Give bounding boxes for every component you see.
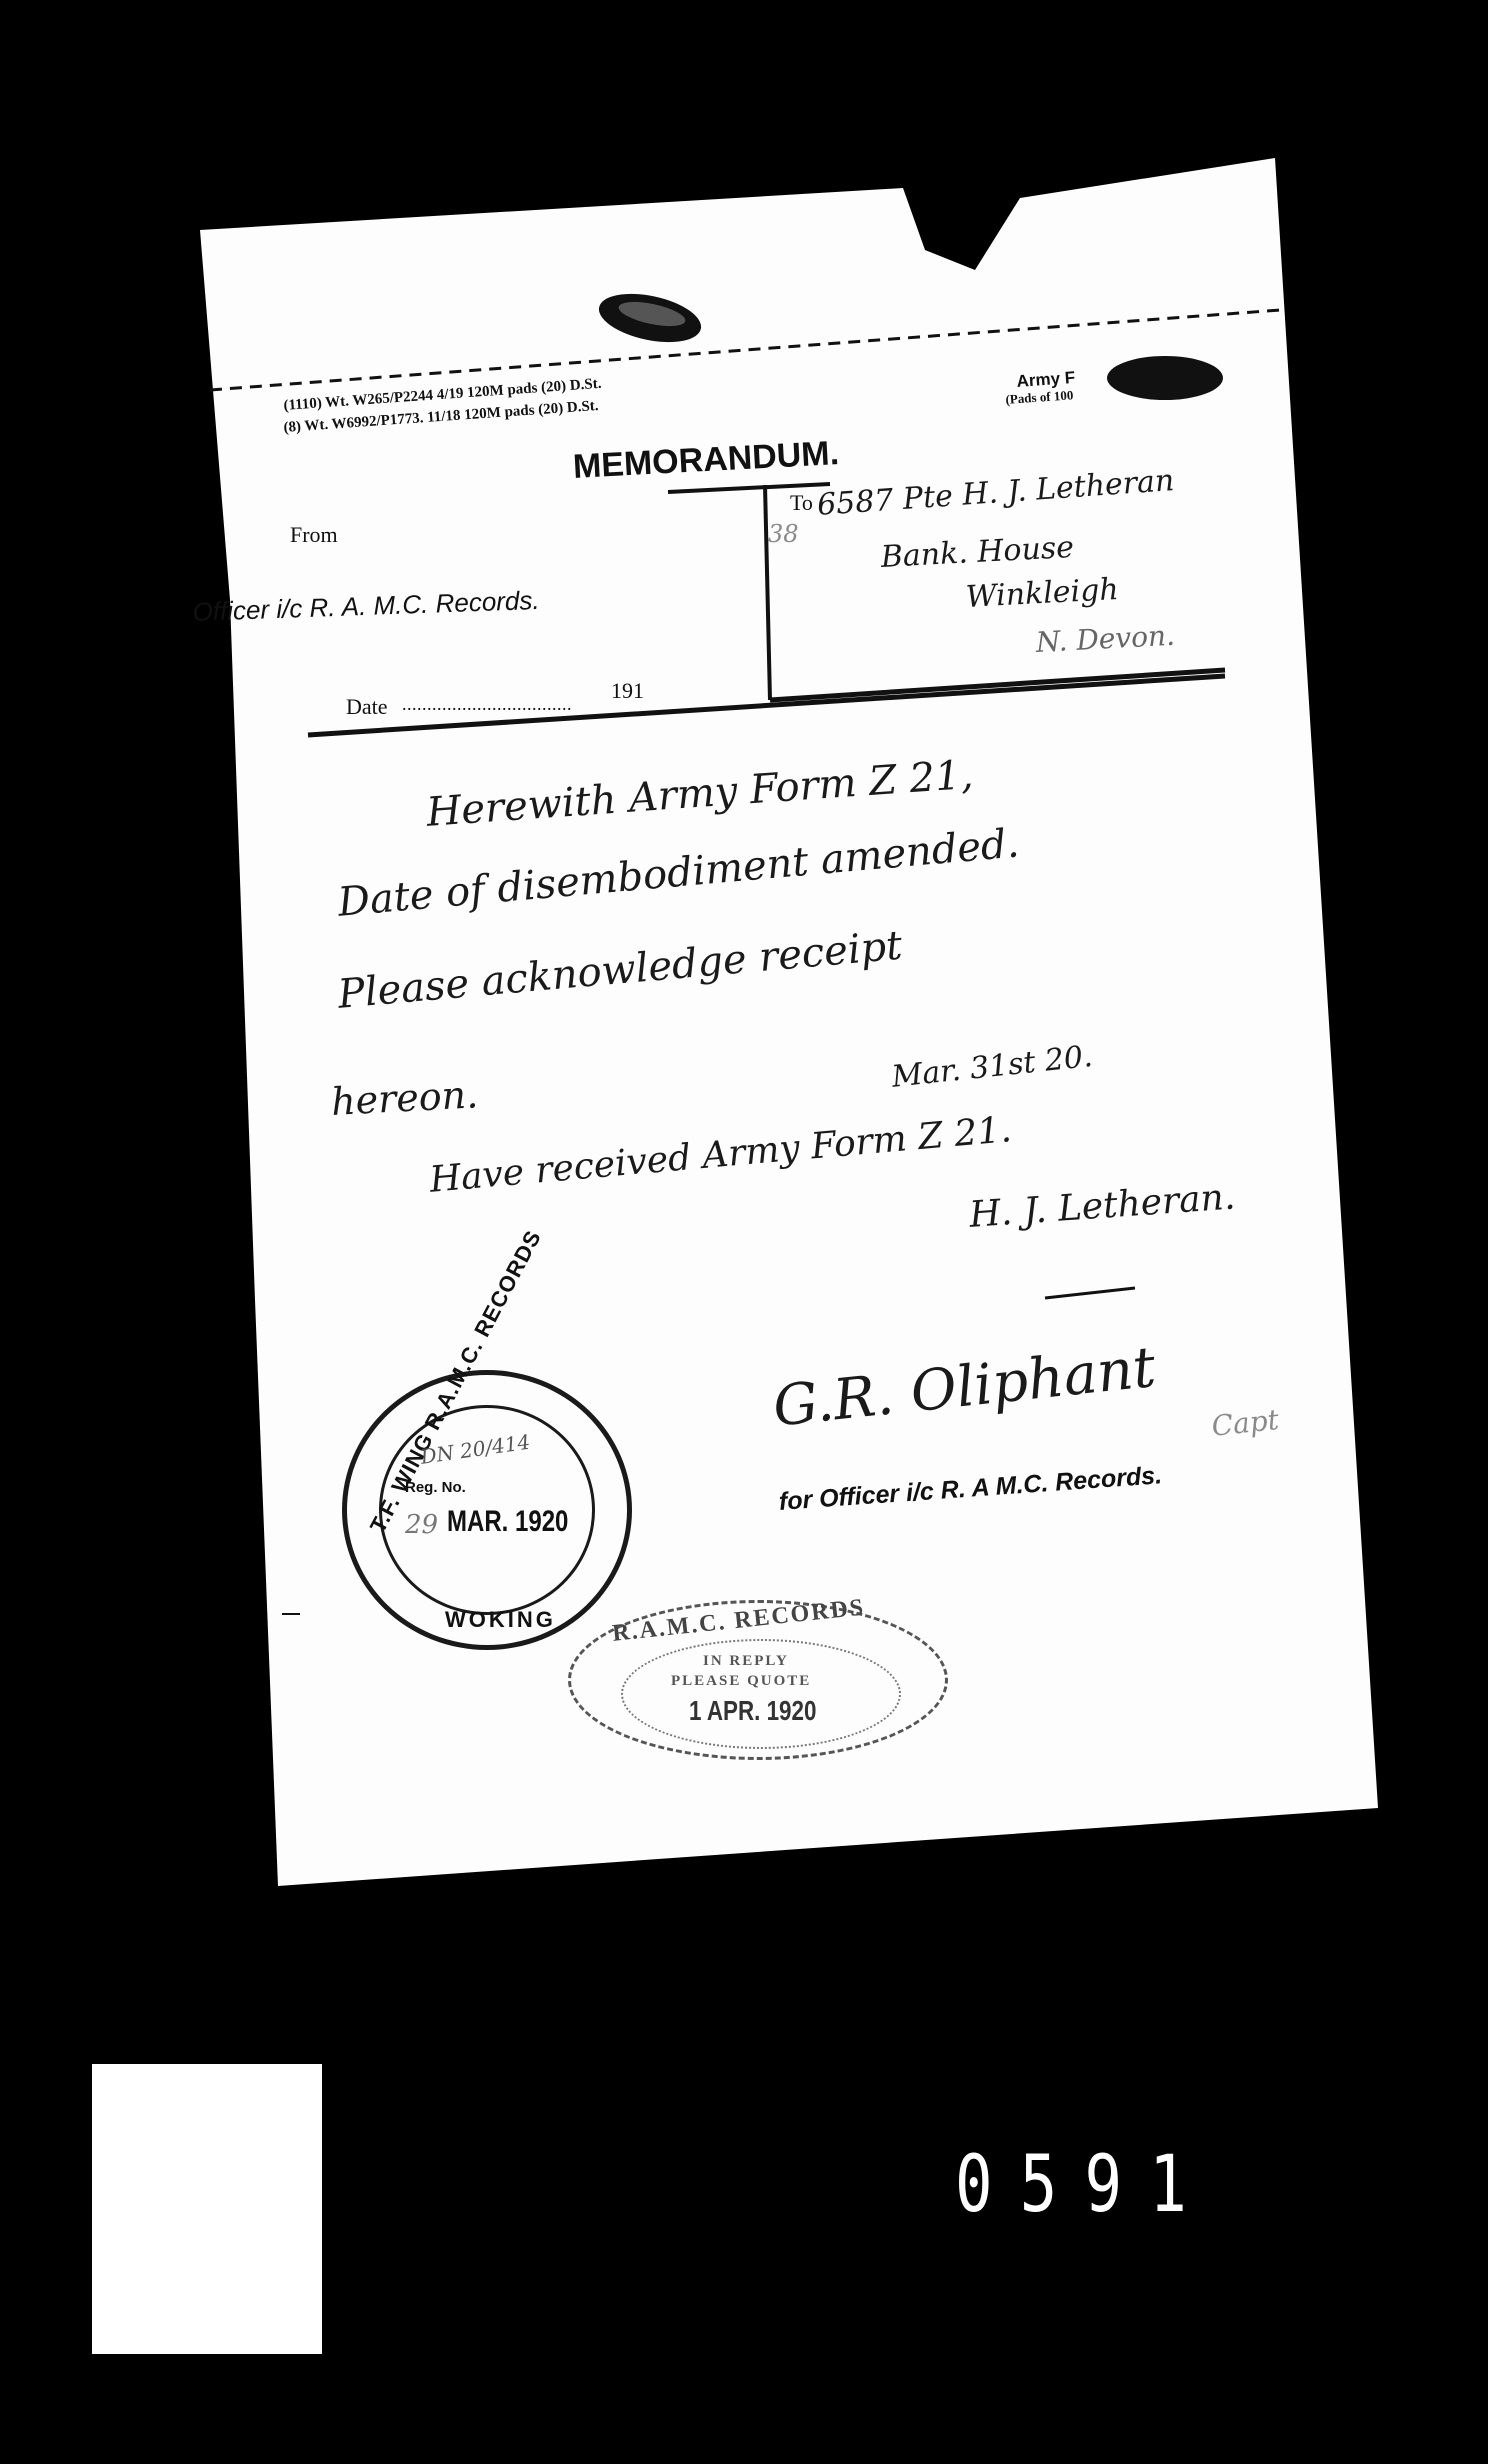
date-label: Date [346,694,388,720]
frame-counter: 0591 [955,2140,1214,2230]
body-line-4: hereon. [330,1072,479,1124]
circle-stamp-day: 29 [405,1510,438,1540]
date-year-prefix: 191 [611,678,644,704]
to-prefix-faint: 38 [768,520,799,548]
circle-stamp-bottom-text: WOKING [445,1607,556,1633]
received-stamp-circle: T.F. WING R.A.M.C. RECORDS WOKING DN 20/… [342,1370,632,1650]
from-label: From [290,522,338,548]
signature-rank: Capt [1210,1403,1280,1443]
date-dots: .................................. [402,694,572,715]
to-label: To [790,490,813,516]
oval-stamp-line-2: PLEASE QUOTE [671,1673,811,1690]
circle-stamp-reg-label: Reg. No. [405,1479,466,1496]
oval-stamp-line-1: IN REPLY [703,1653,789,1670]
reply-stamp-oval: R.A.M.C. RECORDS IN REPLY PLEASE QUOTE 1… [568,1600,948,1760]
circle-stamp-date: MAR. 1920 [447,1505,568,1539]
calibration-card [92,2064,322,2354]
oval-stamp-date: 1 APR. 1920 [689,1695,816,1727]
